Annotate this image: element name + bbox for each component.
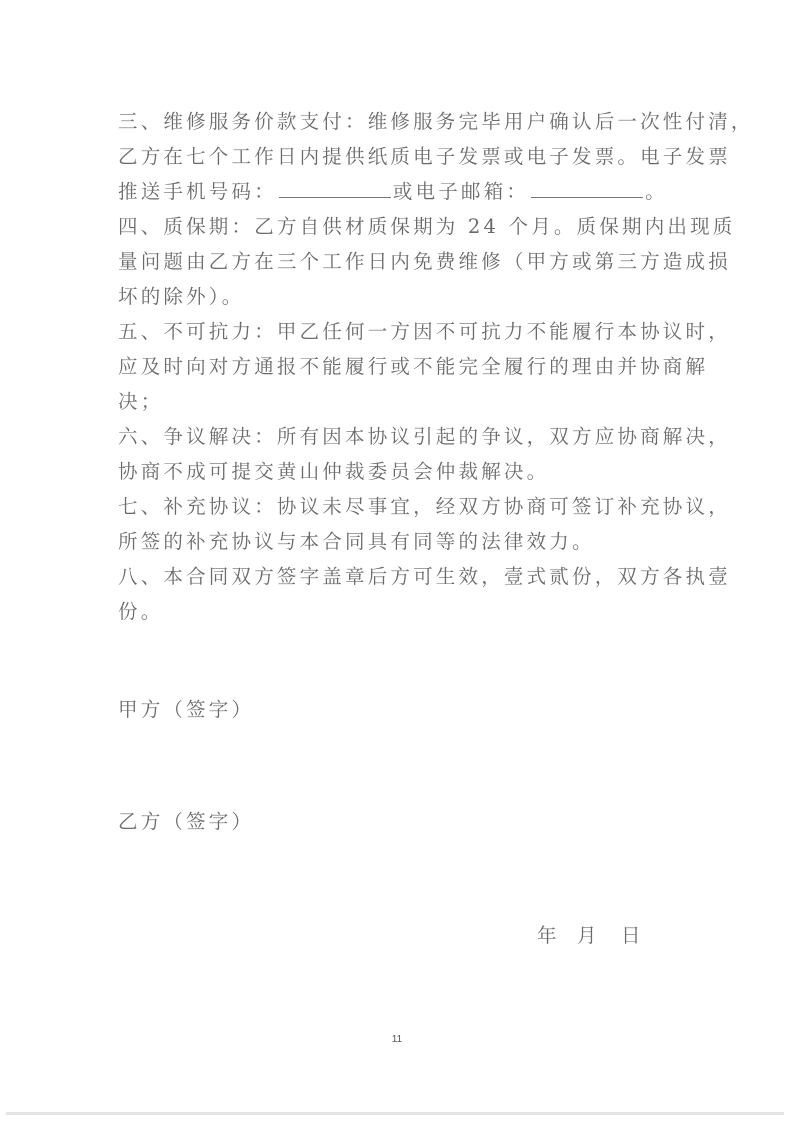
clause-5-line-3: 决； bbox=[118, 384, 674, 419]
clause-7-line-1: 七、补充协议：协议未尽事宜，经双方协商可签订补充协议， bbox=[118, 489, 674, 524]
date-day-label: 日 bbox=[621, 920, 641, 948]
page-bottom-edge bbox=[6, 1112, 784, 1115]
clause-6-line-2: 协商不成可提交黄山仲裁委员会仲裁解决。 bbox=[118, 454, 674, 489]
email-label: 或电子邮箱： bbox=[393, 180, 529, 203]
contact-line-end: 。 bbox=[645, 180, 668, 203]
signing-date: 年月日 bbox=[537, 920, 641, 948]
email-blank-field[interactable] bbox=[531, 177, 643, 198]
clause-3-line-2: 乙方在七个工作日内提供纸质电子发票或电子发票。电子发票 bbox=[118, 139, 674, 174]
date-year-label: 年 bbox=[537, 920, 577, 948]
clause-5-line-1: 五、不可抗力：甲乙任何一方因不可抗力不能履行本协议时， bbox=[118, 314, 674, 349]
page-number: 11 bbox=[0, 1034, 794, 1045]
phone-label: 推送手机号码： bbox=[118, 180, 277, 203]
document-page: 三、维修服务价款支付：维修服务完毕用户确认后一次性付清， 乙方在七个工作日内提供… bbox=[0, 0, 794, 1124]
clause-7-line-2: 所签的补充协议与本合同具有同等的法律效力。 bbox=[118, 524, 674, 559]
clause-3-contact-line: 推送手机号码：或电子邮箱：。 bbox=[118, 174, 674, 209]
date-month-label: 月 bbox=[577, 920, 621, 948]
clause-4-line-3: 坏的除外）。 bbox=[118, 279, 674, 314]
clause-6-line-1: 六、争议解决：所有因本协议引起的争议，双方应协商解决， bbox=[118, 419, 674, 454]
clause-5-line-2: 应及时向对方通报不能履行或不能完全履行的理由并协商解 bbox=[118, 349, 674, 384]
clause-8-line-1: 八、本合同双方签字盖章后方可生效，壹式贰份，双方各执壹 bbox=[118, 559, 674, 594]
party-a-signature-label: 甲方（签字） bbox=[118, 694, 254, 722]
clause-4-line-1: 四、质保期：乙方自供材质保期为 24 个月。质保期内出现质 bbox=[118, 209, 674, 244]
contract-body: 三、维修服务价款支付：维修服务完毕用户确认后一次性付清， 乙方在七个工作日内提供… bbox=[118, 104, 674, 629]
clause-8-line-2: 份。 bbox=[118, 594, 674, 629]
clause-4-line-2: 量问题由乙方在三个工作日内免费维修（甲方或第三方造成损 bbox=[118, 244, 674, 279]
phone-blank-field[interactable] bbox=[279, 177, 391, 198]
clause-3-line-1: 三、维修服务价款支付：维修服务完毕用户确认后一次性付清， bbox=[118, 104, 674, 139]
party-b-signature-label: 乙方（签字） bbox=[118, 806, 254, 834]
